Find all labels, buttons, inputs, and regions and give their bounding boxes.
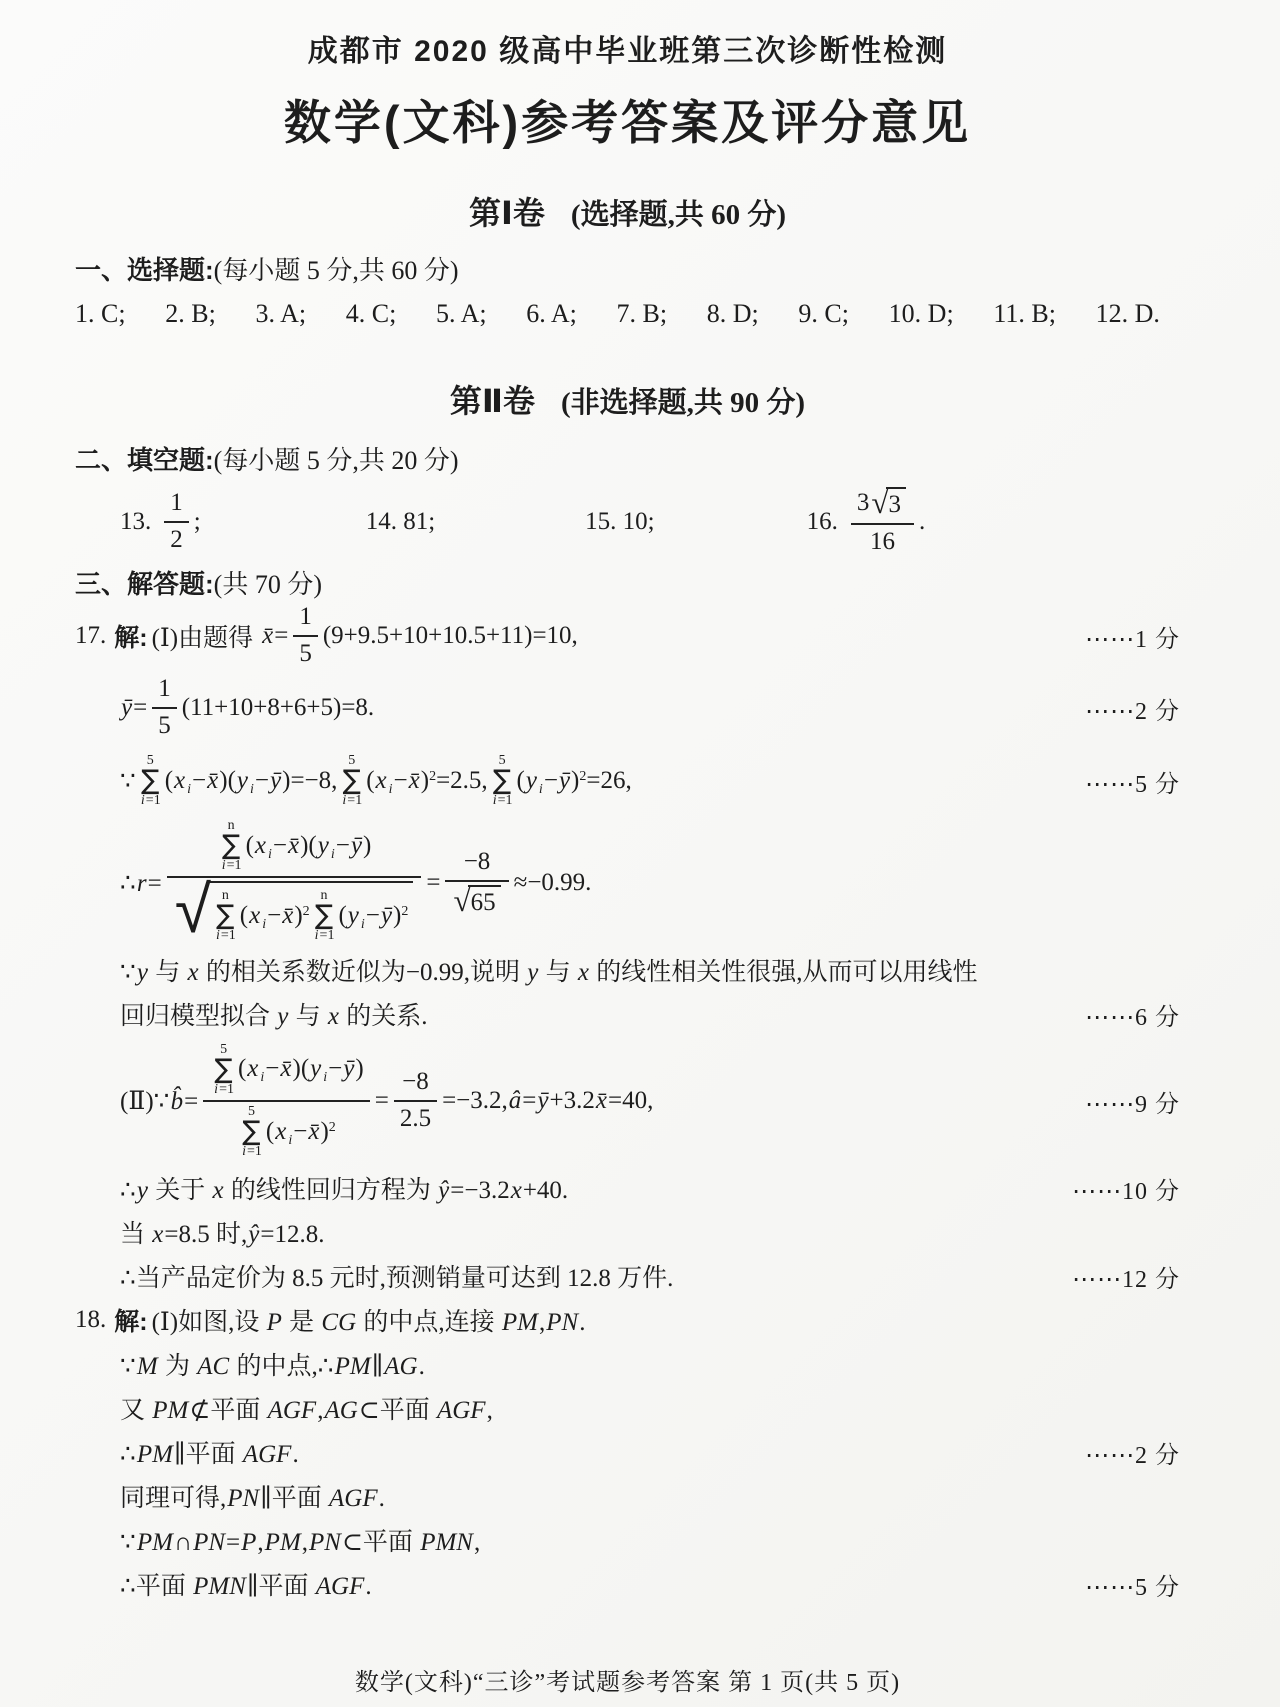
summation-symbol: 5∑i=1 [241,1105,262,1159]
score-mark-6: ⋯⋯6 分 [1065,997,1180,1032]
volume-2-heading: 第Ⅱ卷 (非选择题,共 90 分) [75,376,1180,418]
choice-answer-12: 12. D. [1096,299,1160,329]
q18-number: 18. [75,1306,106,1334]
big-fraction: 5∑i=1 (xi−x̄)(yi−ȳ) 5∑i=1 (xi−x̄)2 [203,1043,370,1160]
q17-step-1: 17. 解: (Ⅰ)由题得 x̄= 15 (9+9.5+10+10.5+11)=… [75,600,1180,672]
fill-16-tail: . [919,508,925,536]
summation-symbol: 5∑i=1 [341,754,362,808]
score-mark-2: ⋯⋯2 分 [1065,691,1180,726]
q17-step-3: ∵ 5∑i=1 (xi−x̄)(yi−ȳ)=−8, 5∑i=1 (xi−x̄)2… [75,744,1180,818]
fill-answer-16: 16. 3√3 16 . [807,487,926,557]
choice-answer-1: 1. C; [75,299,126,329]
radical: √65 [453,885,500,918]
radical-sign: √ [175,879,211,942]
fraction: 3√3 16 [851,487,914,557]
summation-symbol: n∑i=1 [314,889,335,943]
page-footer: 数学(文科)“三诊”考试题参考答案 第 1 页(共 5 页) [75,1662,1180,1692]
fraction: 1 2 [164,489,189,555]
choice-answer-9: 9. C; [798,299,849,329]
volume-2-name: 第Ⅱ卷 [450,376,535,422]
choice-answer-3: 3. A; [256,299,307,329]
score-mark-12: ⋯⋯12 分 [1052,1259,1180,1294]
choice-answer-6: 6. A; [526,299,577,329]
fill-answer-13: 13. 1 2 ; [120,489,201,555]
volume-2-desc: (非选择题,共 90 分) [561,380,805,421]
exam-answer-page: 成都市 2020 级高中毕业班第三次诊断性检测 数学(文科)参考答案及评分意见 … [0,0,1280,1707]
fill-16-no: 16. [807,508,838,536]
q17-step-4: ∴r= n∑i=1 (xi−x̄)(yi−ȳ) √ n∑i=1 (xi−x̄)2… [75,818,1180,948]
q17-solve-label: 解: [114,618,147,654]
score-mark-1: ⋯⋯1 分 [1065,619,1180,654]
choice-answers-row: 1. C; 2. B; 3. A; 4. C; 5. A; 6. A; 7. B… [75,298,1180,330]
radical: √3 [871,487,906,520]
q17-step-5: ∵y 与 x 的相关系数近似为−0.99,说明 y 与 x 的线性相关性很强,从… [75,948,1180,992]
big-fraction: n∑i=1 (xi−x̄)(yi−ȳ) √ n∑i=1 (xi−x̄)2 n∑i… [167,819,422,947]
q17-step-8: ∴y 关于 x 的线性回归方程为 ŷ=−3.2x+40. ⋯⋯10 分 [75,1166,1180,1210]
choice-answer-7: 7. B; [617,299,668,329]
fill-answer-15: 15. 10; [585,508,654,536]
summation-symbol: 5∑i=1 [140,754,161,808]
q18-step-5: 同理可得,PN∥平面 AGF. [75,1474,1180,1518]
q17-step-6: 回归模型拟合 y 与 x 的关系. ⋯⋯6 分 [75,992,1180,1036]
doc-header: 成都市 2020 级高中毕业班第三次诊断性检测 [75,34,1180,70]
fraction: −82.5 [394,1068,437,1134]
section-solve-title: 三、解答题: [75,569,214,599]
q18-step-4: ∴PM∥平面 AGF. ⋯⋯2 分 [75,1430,1180,1474]
fill-answer-14: 14. 81; [366,508,435,536]
fill-13-tail: ; [194,508,201,536]
choice-answer-10: 10. D; [889,299,954,329]
summation-symbol: 5∑i=1 [213,1043,234,1097]
score-mark-q18-2: ⋯⋯2 分 [1065,1435,1180,1470]
volume-1-name: 第Ⅰ卷 [469,188,545,234]
score-mark-9: ⋯⋯9 分 [1065,1084,1180,1119]
section-choice-desc: (每小题 5 分,共 60 分) [214,256,459,285]
choice-answer-5: 5. A; [436,299,487,329]
score-mark-3: ⋯⋯5 分 [1065,764,1180,799]
q18-step-1: 18. 解: (Ⅰ)如图,设 P 是 CG 的中点,连接 PM,PN. [75,1298,1180,1342]
fraction: −8 √65 [445,848,508,918]
section-choice-label: 一、选择题:(每小题 5 分,共 60 分) [75,254,1180,286]
choice-answer-2: 2. B; [165,299,216,329]
volume-1-heading: 第Ⅰ卷 (选择题,共 60 分) [75,188,1180,230]
section-solve-desc: (共 70 分) [214,570,322,599]
summation-symbol: n∑i=1 [215,889,236,943]
q17-step-7: (Ⅱ)∵b̂= 5∑i=1 (xi−x̄)(yi−ȳ) 5∑i=1 (xi−x̄… [75,1036,1180,1166]
score-mark-10: ⋯⋯10 分 [1052,1171,1180,1206]
choice-answer-11: 11. B; [993,299,1056,329]
score-mark-q18-5: ⋯⋯5 分 [1065,1567,1180,1602]
summation-symbol: 5∑i=1 [492,754,513,808]
q18-solve-label: 解: [114,1302,147,1338]
section-fill-desc: (每小题 5 分,共 20 分) [214,446,459,475]
volume-1-desc: (选择题,共 60 分) [571,192,786,233]
q17-step-9: 当 x=8.5 时,ŷ=12.8. [75,1210,1180,1254]
page-title: 数学(文科)参考答案及评分意见 [75,94,1180,152]
summation-symbol: n∑i=1 [221,819,242,873]
fill-in-answers-row: 13. 1 2 ; 14. 81; 15. 10; 16. 3√3 16 . [75,484,1180,560]
q18-step-2: ∵M 为 AC 的中点,∴PM∥AG. [75,1342,1180,1386]
fraction: 15 [152,675,177,741]
section-choice-title: 一、选择题: [75,255,214,285]
q18-step-7: ∴平面 PMN∥平面 AGF. ⋯⋯5 分 [75,1562,1180,1606]
fill-13-no: 13. [120,508,151,536]
fraction: 15 [293,603,318,669]
q18-step-6: ∵PM∩PN=P,PM,PN⊂平面 PMN, [75,1518,1180,1562]
section-fill-title: 二、填空题: [75,445,214,475]
q17-step-10: ∴当产品定价为 8.5 元时,预测销量可达到 12.8 万件. ⋯⋯12 分 [75,1254,1180,1298]
choice-answer-8: 8. D; [707,299,759,329]
section-solve-label: 三、解答题:(共 70 分) [75,568,1180,600]
q17-step-2: ȳ= 15 (11+10+8+6+5)=8. ⋯⋯2 分 [75,672,1180,744]
q17-number: 17. [75,622,106,650]
q18-step-3: 又 PM⊄平面 AGF,AG⊂平面 AGF, [75,1386,1180,1430]
section-fill-label: 二、填空题:(每小题 5 分,共 20 分) [75,444,1180,476]
choice-answer-4: 4. C; [346,299,397,329]
radical: √ n∑i=1 (xi−x̄)2 n∑i=1 (yi−ȳ)2 [175,881,414,947]
